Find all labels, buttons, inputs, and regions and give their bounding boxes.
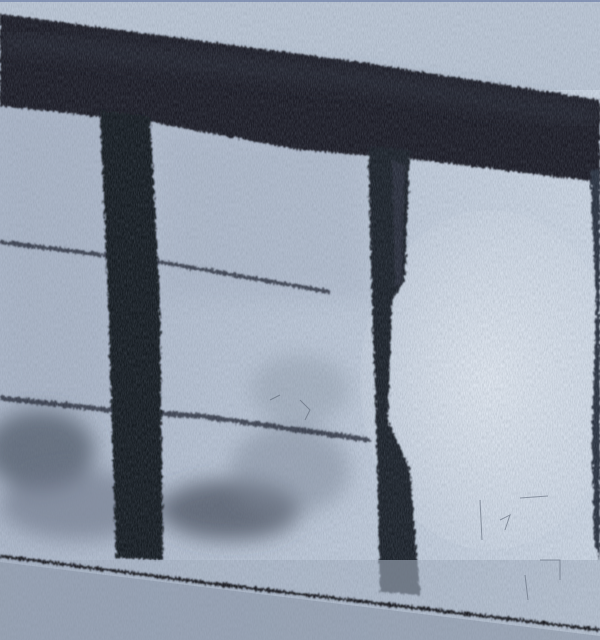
charcoal-drawing [0,0,600,640]
top-edge-line [0,0,600,2]
drawing-canvas [0,0,600,640]
paper-grain [0,0,600,640]
